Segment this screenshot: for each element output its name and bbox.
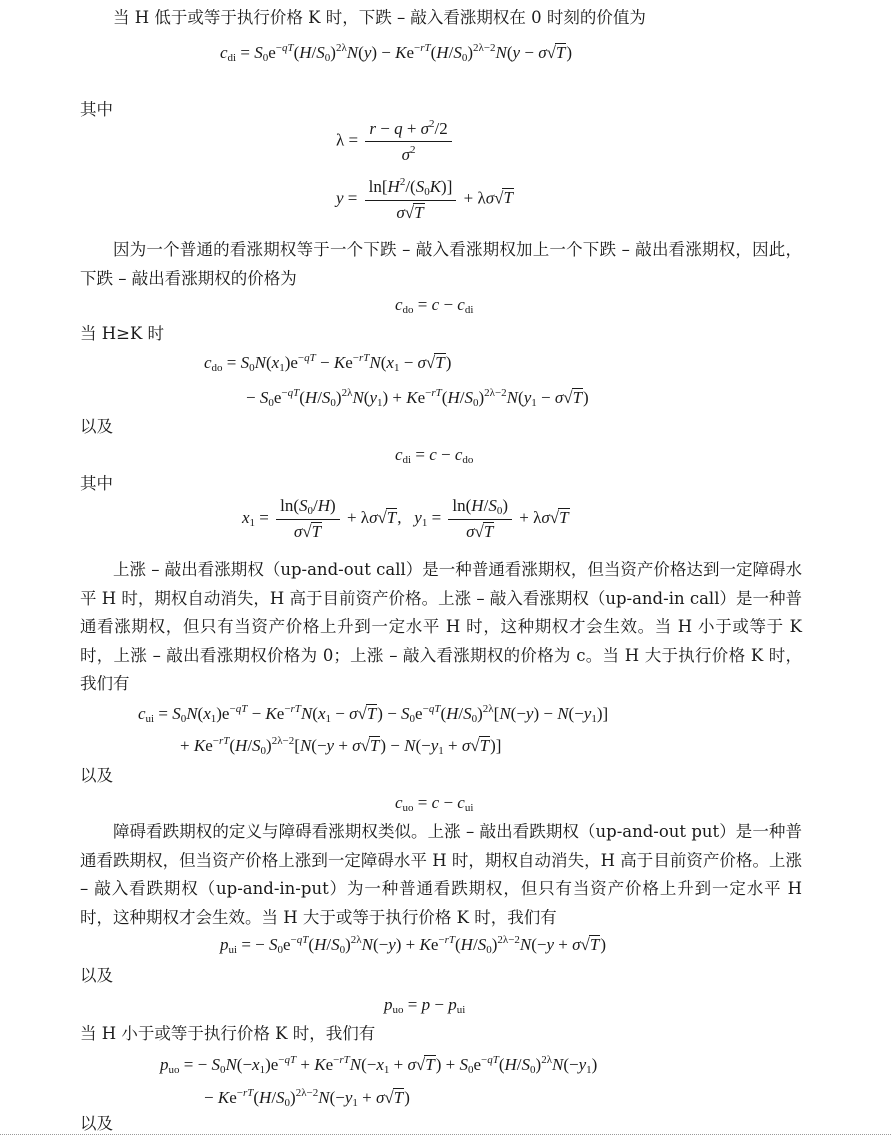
equation-cdi-def: cdi = c − cdo: [395, 445, 473, 466]
document-page: 当 H 低于或等于执行价格 K 时，下跌 – 敲入看涨期权在 0 时刻的价值为 …: [0, 0, 891, 1137]
label-h-leq-k: 当 H 小于或等于执行价格 K 时，我们有: [80, 1020, 375, 1044]
equation-cui-line2: + Ke−rT(H/S0)2λ−2[N(−y + σ√T) − N(−y1 + …: [180, 735, 501, 757]
paragraph-barrier-puts: 障碍看跌期权的定义与障碍看涨期权类似。上涨 – 敲出看跌期权（up-and-ou…: [80, 818, 802, 932]
paragraph-up-and-out-call: 上涨 – 敲出看涨期权（up-and-out call）是一种普通看涨期权，但当…: [80, 556, 802, 699]
equation-pui: pui = − S0e−qT(H/S0)2λN(−y) + Ke−rT(H/S0…: [220, 934, 606, 956]
equation-lambda: λ = r − q + σ2/2σ2: [336, 118, 455, 165]
page-bottom-edge: [0, 1134, 891, 1135]
equation-cuo-def: cuo = c − cui: [395, 793, 473, 814]
label-and-1: 以及: [80, 413, 113, 437]
label-where-1: 其中: [80, 96, 113, 120]
equation-cdi: cdi = S0e−qT(H/S0)2λN(y) − Ke−rT(H/S0)2λ…: [220, 42, 572, 64]
label-where-2: 其中: [80, 470, 113, 494]
equation-cui-line1: cui = S0N(x1)e−qT − Ke−rTN(x1 − σ√T) − S…: [138, 703, 608, 725]
equation-cdo-def: cdo = c − cdi: [395, 295, 473, 316]
equation-x1-y1: x1 = ln(S0/H)σ√T + λσ√T, y1 = ln(H/S0)σ√…: [242, 496, 570, 542]
paragraph-intro: 当 H 低于或等于执行价格 K 时，下跌 – 敲入看涨期权在 0 时刻的价值为: [80, 4, 802, 33]
equation-cdo-line2: − S0e−qT(H/S0)2λN(y1) + Ke−rT(H/S0)2λ−2N…: [246, 387, 589, 409]
equation-y: y = ln[H2/(S0K)]σ√T + λσ√T: [336, 176, 514, 223]
equation-puo-def: puo = p − pui: [384, 995, 465, 1016]
equation-puo-line2: − Ke−rT(H/S0)2λ−2N(−y1 + σ√T): [204, 1087, 410, 1109]
label-and-2: 以及: [80, 762, 113, 786]
label-and-3: 以及: [80, 962, 113, 986]
label-h-geq-k: 当 H≥K 时: [80, 320, 164, 344]
label-and-4: 以及: [80, 1110, 113, 1134]
equation-cdo-line1: cdo = S0N(x1)e−qT − Ke−rTN(x1 − σ√T): [204, 352, 451, 374]
equation-puo-line1: puo = − S0N(−x1)e−qT + Ke−rTN(−x1 + σ√T)…: [160, 1054, 597, 1076]
paragraph-down-and-out: 因为一个普通的看涨期权等于一个下跌 – 敲入看涨期权加上一个下跌 – 敲出看涨期…: [80, 236, 802, 293]
